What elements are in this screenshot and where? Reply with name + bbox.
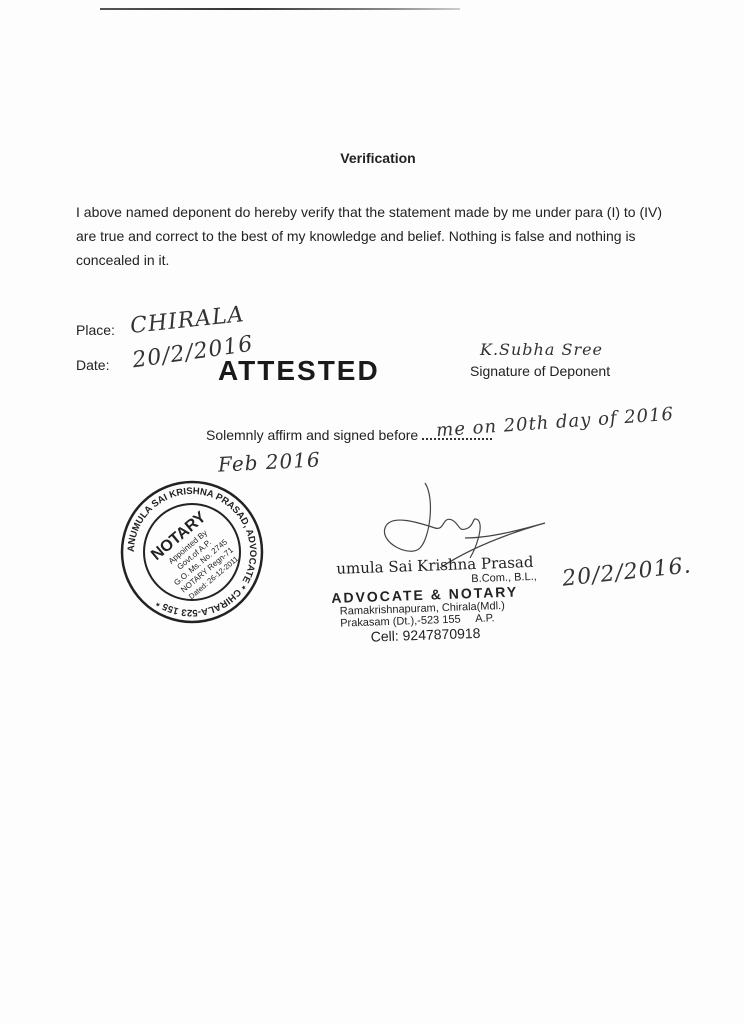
- notary-handwritten-date: 20/2/2016.: [561, 553, 693, 591]
- notary-seal: ANUMULA SAI KRISHNA PRASAD, ADVOCATE * C…: [116, 478, 268, 626]
- affirm-handwritten-line2: Feb 2016: [217, 447, 321, 476]
- top-rule-divider: [100, 8, 460, 10]
- deponent-signature-label: Signature of Deponent: [470, 363, 610, 379]
- place-label: Place:: [76, 322, 115, 338]
- affirm-text: Solemnly affirm and signed before: [206, 427, 418, 443]
- document-page: Verification I above named deponent do h…: [0, 0, 744, 1024]
- affirm-handwritten-line1: me on 20th day of 2016: [436, 404, 675, 442]
- place-handwritten-value: CHIRALA: [129, 302, 246, 339]
- notary-address-block: umula Sai Krishna Prasad B.Com., B.L., A…: [330, 552, 553, 646]
- attested-stamp: ATTESTED: [218, 355, 380, 387]
- verification-statement: I above named deponent do hereby verify …: [76, 200, 686, 272]
- date-label: Date:: [76, 357, 109, 373]
- page-title: Verification: [0, 150, 744, 166]
- deponent-signature: K.Subha Sree: [480, 340, 603, 359]
